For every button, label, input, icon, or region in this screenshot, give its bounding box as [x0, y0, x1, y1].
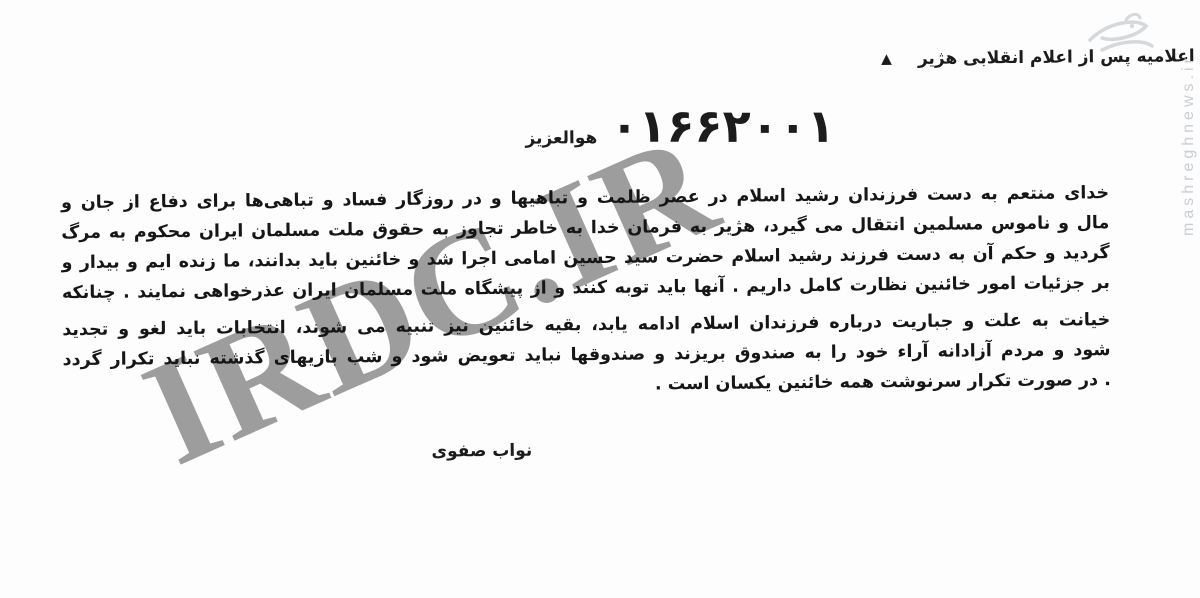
- triangle-marker-icon: ▲: [881, 51, 892, 67]
- mashreghnews-side-watermark: mashreghnews.ir: [1180, 14, 1198, 236]
- scanned-document-page: IRDC.IR mashreghnews.ir اعلامیه پس از اع…: [0, 0, 1200, 598]
- document-content: اعلامیه پس از اعلام انقلابی هژیر▲ هوالعز…: [0, 0, 1200, 598]
- signature-text: نواب صفوی: [431, 441, 532, 462]
- mashregh-logo-icon: [1080, 6, 1162, 64]
- handwritten-document-number: ۰۱۶۶۲۰۰۱: [610, 99, 835, 153]
- invocation-text: هوالعزیز: [525, 128, 597, 149]
- declaration-body: خدای منتعم به دست فرزندان رشید اسلام در …: [61, 178, 1111, 405]
